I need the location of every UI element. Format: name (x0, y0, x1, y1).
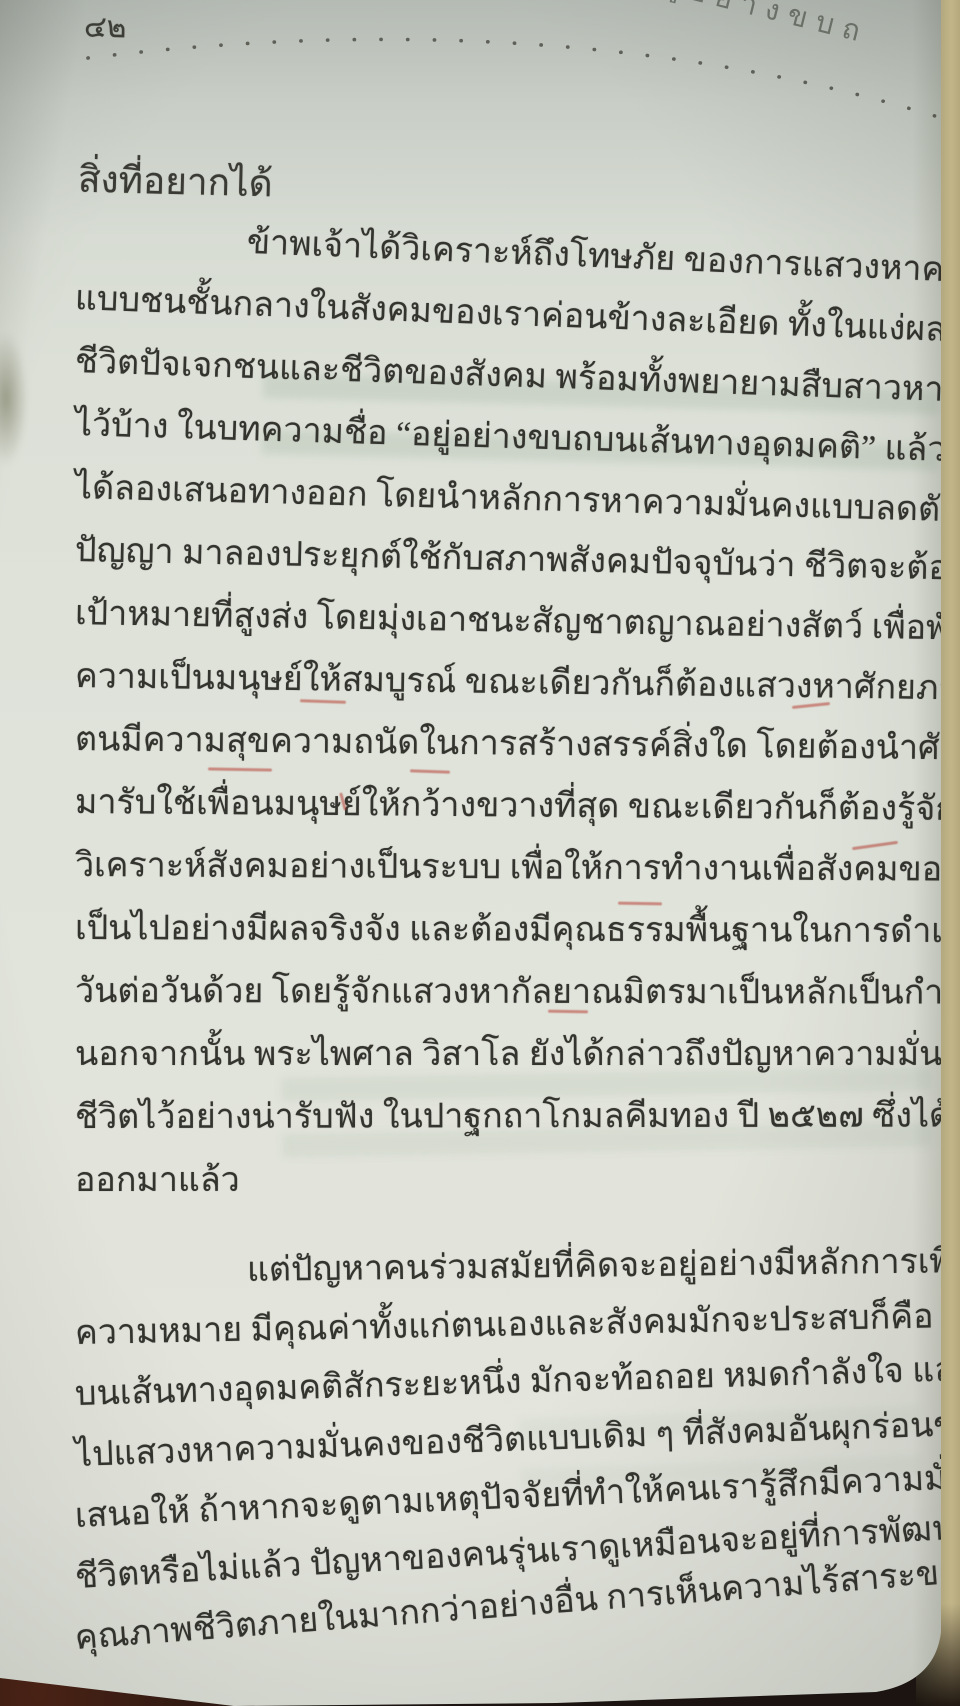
text-line: ชีวิตไว้อย่างน่ารับฟัง ในปาฐกถาโกมลคีมทอ… (75, 1085, 920, 1149)
text-line: วันต่อวันด้วย โดยรู้จักแสวงหากัลยาณมิตรม… (75, 960, 920, 1024)
paragraph: แต่ปัญหาคนร่วมสมัยที่คิดจะอยู่อย่างมีหลั… (75, 1242, 920, 1669)
text-line: นอกจากนั้น พระไพศาล วิสาโล ยังได้กล่าวถึ… (75, 1023, 920, 1086)
book-page: ๔๒ อยู่อย่างขบถ สิ่งที่อยากได้ ข้าพเจ้าไ… (0, 0, 960, 1706)
text-line: วิเคราะห์สังคมอย่างเป็นระบบ เพื่อให้การท… (75, 834, 920, 901)
text-line: ออกมาแล้ว (75, 1149, 920, 1212)
book-photo: ๔๒ อยู่อย่างขบถ สิ่งที่อยากได้ ข้าพเจ้าไ… (0, 0, 960, 1706)
page-number: ๔๒ (84, 4, 127, 52)
text-line: มารับใช้เพื่อนมนุษย์ให้กว้างขวางที่สุด ข… (75, 771, 920, 841)
running-head: อยู่อย่างขบถ (634, 0, 874, 56)
body-text: ข้าพเจ้าได้วิเคราะห์ถึงโทษภัย ของการแสวง… (75, 204, 920, 1669)
gutter-shadow (0, 332, 28, 466)
text-line: เป็นไปอย่างมีผลจริงจัง และต้องมีคุณธรรมพ… (75, 897, 920, 963)
text-line: ตนมีความสุขความถนัดในการสร้างสรรค์สิ่งใด… (75, 708, 921, 780)
